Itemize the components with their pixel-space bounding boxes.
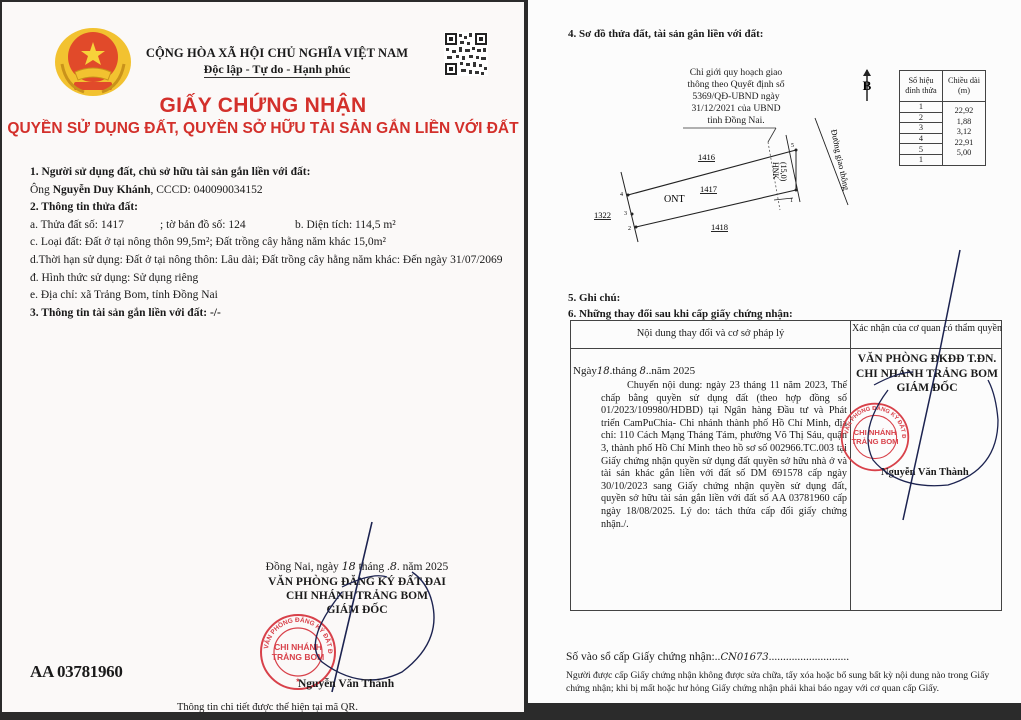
certificate-subtitle: QUYỀN SỬ DỤNG ĐẤT, QUYỀN SỞ HỮU TÀI SẢN … <box>2 120 524 138</box>
official-stamp-icon: VĂN PHÒNG ĐĂNG KÝ ĐẤT ĐAI TỈNH ĐỒNG NAI … <box>839 401 911 473</box>
usage-term: d.Thời hạn sử dụng: Đất ở tại nông thôn:… <box>30 252 520 270</box>
svg-text:CHI NHÁNH: CHI NHÁNH <box>274 642 322 652</box>
owner-name: Nguyễn Duy Khánh <box>53 184 151 196</box>
changes-confirm-header: Xác nhận của cơ quan có thẩm quyền <box>851 323 1003 335</box>
section2-heading: 2. Thông tin thửa đất: <box>30 199 520 217</box>
registry-number: Số vào sổ cấp Giấy chứng nhận:..CN01673.… <box>566 651 849 663</box>
confirming-office: VĂN PHÒNG ĐKĐĐ T.ĐN. CHI NHÁNH TRẢNG BOM… <box>851 352 1003 396</box>
changes-content-header: Nội dung thay đổi và cơ sở pháp lý <box>571 328 850 339</box>
change-content: Chuyển nội dung: ngày 23 tháng 11 năm 20… <box>601 380 847 531</box>
owner-id: , CCCD: 040090034152 <box>150 184 262 196</box>
certificate-serial: AA 03781960 <box>30 662 123 682</box>
change-signer-name: Nguyễn Văn Thành <box>881 467 969 478</box>
signer-name: Nguyễn Văn Thành <box>298 678 394 690</box>
svg-text:1417: 1417 <box>700 184 717 194</box>
edge-length-table: Số hiệu đỉnh thửa Chiều dài (m) 1 22,92 … <box>899 70 986 166</box>
svg-text:TRẢNG BOM: TRẢNG BOM <box>851 437 898 446</box>
svg-text:1418: 1418 <box>711 222 728 232</box>
usage-form: đ. Hình thức sử dụng: Sử dụng riêng <box>30 270 520 288</box>
area: b. Diện tích: 114,5 m² <box>295 219 396 231</box>
parcel-line: a. Thửa đất số: 1417; tờ bản đồ số: 124b… <box>30 217 520 235</box>
svg-text:1416: 1416 <box>698 152 715 162</box>
svg-text:1: 1 <box>790 198 793 204</box>
lengths-cell: 22,92 1,88 3,12 22,91 5,00 <box>943 102 986 166</box>
svg-text:5: 5 <box>791 143 794 149</box>
certificate-warning: Người được cấp Giấy chứng nhận không đượ… <box>566 670 1006 695</box>
svg-text:Đường giao thông: Đường giao thông <box>829 128 852 191</box>
nation-name: CỘNG HÒA XÃ HỘI CHỦ NGHĨA VIỆT NAM <box>142 46 412 61</box>
registry-value: CN01673 <box>720 652 768 663</box>
qr-note: Thông tin chi tiết được thể hiện tại mã … <box>177 702 358 713</box>
north-arrow-icon: B <box>856 68 878 102</box>
svg-text:4: 4 <box>620 192 623 198</box>
certificate-back-page: 4. Sơ đồ thửa đất, tài sản gắn liền với … <box>528 0 1021 703</box>
parcel-number: a. Thửa đất số: 1417 <box>30 217 160 235</box>
svg-text:2: 2 <box>628 226 631 232</box>
parcel-diagram: 5 1 4 3 2 1416 1417 1418 1322 ONT (15,0)… <box>568 110 868 250</box>
address: e. Địa chỉ: xã Trảng Bom, tỉnh Đồng Nai <box>30 287 520 305</box>
map-sheet: ; tờ bản đồ số: 124 <box>160 217 295 235</box>
section3-heading: 3. Thông tin tài sản gắn liền với đất: -… <box>30 305 520 323</box>
svg-text:1322: 1322 <box>594 210 611 220</box>
change-date: Ngày18.tháng 8..năm 2025 <box>573 365 695 377</box>
changes-table: Nội dung thay đổi và cơ sở pháp lý Xác n… <box>570 320 1002 611</box>
certificate-title: GIẤY CHỨNG NHẬN <box>2 94 524 118</box>
owner-line: Ông Nguyễn Duy Khánh, CCCD: 040090034152 <box>30 182 520 200</box>
length-header: Chiều dài (m) <box>943 71 986 102</box>
section5-heading: 5. Ghi chú: <box>568 292 620 304</box>
signing-date: Đồng Nai, ngày 18 tháng .8. năm 2025 <box>252 560 462 573</box>
certificate-front-page: CỘNG HÒA XÃ HỘI CHỦ NGHĨA VIỆT NAM Độc l… <box>2 2 524 712</box>
section4-heading: 4. Sơ đồ thửa đất, tài sản gắn liền với … <box>568 28 763 40</box>
vertex-header: Số hiệu đỉnh thửa <box>900 71 943 102</box>
svg-text:B: B <box>863 78 872 93</box>
svg-text:3: 3 <box>624 211 627 217</box>
svg-text:CHI NHÁNH: CHI NHÁNH <box>854 428 897 437</box>
section6-heading: 6. Những thay đổi sau khi cấp giấy chứng… <box>568 308 793 320</box>
svg-text:ONT: ONT <box>664 194 685 205</box>
certificate-details: 1. Người sử dụng đất, chủ sở hữu tài sản… <box>30 164 520 322</box>
national-motto: Độc lập - Tự do - Hạnh phúc <box>142 62 412 77</box>
land-type: c. Loại đất: Đất ở tại nông thôn 99,5m²;… <box>30 234 520 252</box>
national-emblem-icon <box>50 24 136 100</box>
svg-text:HNK: HNK <box>771 162 780 180</box>
qr-code[interactable] <box>444 32 488 76</box>
section1-heading: 1. Người sử dụng đất, chủ sở hữu tài sản… <box>30 164 520 182</box>
svg-text:TRẢNG BOM: TRẢNG BOM <box>272 651 324 662</box>
